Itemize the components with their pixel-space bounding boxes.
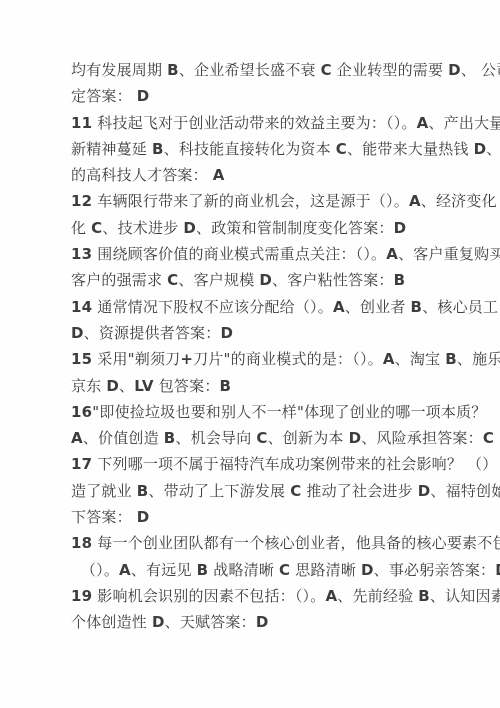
text-line: 造了就业 B、带动了上下游发展 C 推动了社会进步 D、福特创始 人名扬天 <box>71 478 441 504</box>
text-line: 15 采用"剃须刀+刀片"的商业模式的是：（）。A、淘宝 B、施乐复 印机 C、 <box>71 346 441 372</box>
text-line: 均有发展周期 B、企业希望长盛不衰 C 企业转型的需要 D、 公司法明文规 <box>71 57 441 83</box>
question-block-13: 13 围绕顾客价值的商业模式需重点关注：（）。A、客户重复购买此书 B、客户的强… <box>71 241 441 294</box>
text-line: 14 通常情况下股权不应该分配给（）。A、创业者 B、核心员工 C、投 资人 <box>71 294 441 320</box>
text-line: 客户的强需求 C、客户规模 D、客户粘性答案：B <box>71 267 441 293</box>
text-line: 化 C、技术进步 D、政策和管制制度变化答案：D <box>71 215 441 241</box>
question-block-15: 15 采用"剃须刀+刀片"的商业模式的是：（）。A、淘宝 B、施乐复 印机 C、… <box>71 346 441 399</box>
text-line: D、资源提供者答案：D <box>71 320 441 346</box>
question-block-12: 12 车辆限行带来了新的商业机会，这是源于（）。A、经济变化 B、社 会变化 C… <box>71 188 441 241</box>
text-line: 13 围绕顾客价值的商业模式需重点关注：（）。A、客户重复购买此书 B、 <box>71 241 441 267</box>
question-block-16: 16"即使捡垃圾也要和别人不一样"体现了创业的哪一项本质？ （）A、价值创造 B… <box>71 399 441 452</box>
text-line: 个体创造性 D、天赋答案：D <box>71 609 441 635</box>
text-line: A、价值创造 B、机会导向 C、创新为本 D、风险承担答案：C <box>71 425 441 451</box>
text-line: （）。A、有远见 B 战略清晰 C 思路清晰 D、事必躬亲答案：D <box>71 557 441 583</box>
text-line: 12 车辆限行带来了新的商业机会，这是源于（）。A、经济变化 B、社 会变 <box>71 188 441 214</box>
text-line: 17 下列哪一项不属于福特汽车成功案例带来的社会影响？ （） 。 A、 创 <box>71 451 441 477</box>
text-line: 下答案： D <box>71 504 441 530</box>
question-block-19: 19 影响机会识别的因素不包括：（）。A、先前经验 B、认知因素 C、个体创造性… <box>71 583 441 636</box>
text-line: 16"即使捡垃圾也要和别人不一样"体现了创业的哪一项本质？ （） <box>71 399 441 425</box>
question-block-18: 18 每一个创业团队都有一个核心创业者，他具备的核心要素不包括： （）。A、有远… <box>71 530 441 583</box>
document-body: 均有发展周期 B、企业希望长盛不衰 C 企业转型的需要 D、 公司法明文规定答案… <box>71 57 441 636</box>
document-page: 均有发展周期 B、企业希望长盛不衰 C 企业转型的需要 D、 公司法明文规定答案… <box>0 0 500 708</box>
text-line: 定答案： D <box>71 83 441 109</box>
text-line: 的高科技人才答案： A <box>71 162 441 188</box>
question-block-11: 11 科技起飞对于创业活动带来的效益主要为：（）。A、产出大量提升， 创新精神蔓… <box>71 110 441 189</box>
text-line: 新精神蔓延 B、科技能直接转化为资本 C、能带来大量热钱 D、能 造就大量 <box>71 136 441 162</box>
question-block-17: 17 下列哪一项不属于福特汽车成功案例带来的社会影响？ （） 。 A、 创造了就… <box>71 451 441 530</box>
question-block-14: 14 通常情况下股权不应该分配给（）。A、创业者 B、核心员工 C、投 资人D、… <box>71 294 441 347</box>
text-line: 19 影响机会识别的因素不包括：（）。A、先前经验 B、认知因素 C、 <box>71 583 441 609</box>
text-line: 18 每一个创业团队都有一个核心创业者，他具备的核心要素不包括： <box>71 530 441 556</box>
question-continuation-block: 均有发展周期 B、企业希望长盛不衰 C 企业转型的需要 D、 公司法明文规定答案… <box>71 57 441 110</box>
text-line: 京东 D、LV 包答案：B <box>71 373 441 399</box>
text-line: 11 科技起飞对于创业活动带来的效益主要为：（）。A、产出大量提升， 创 <box>71 110 441 136</box>
